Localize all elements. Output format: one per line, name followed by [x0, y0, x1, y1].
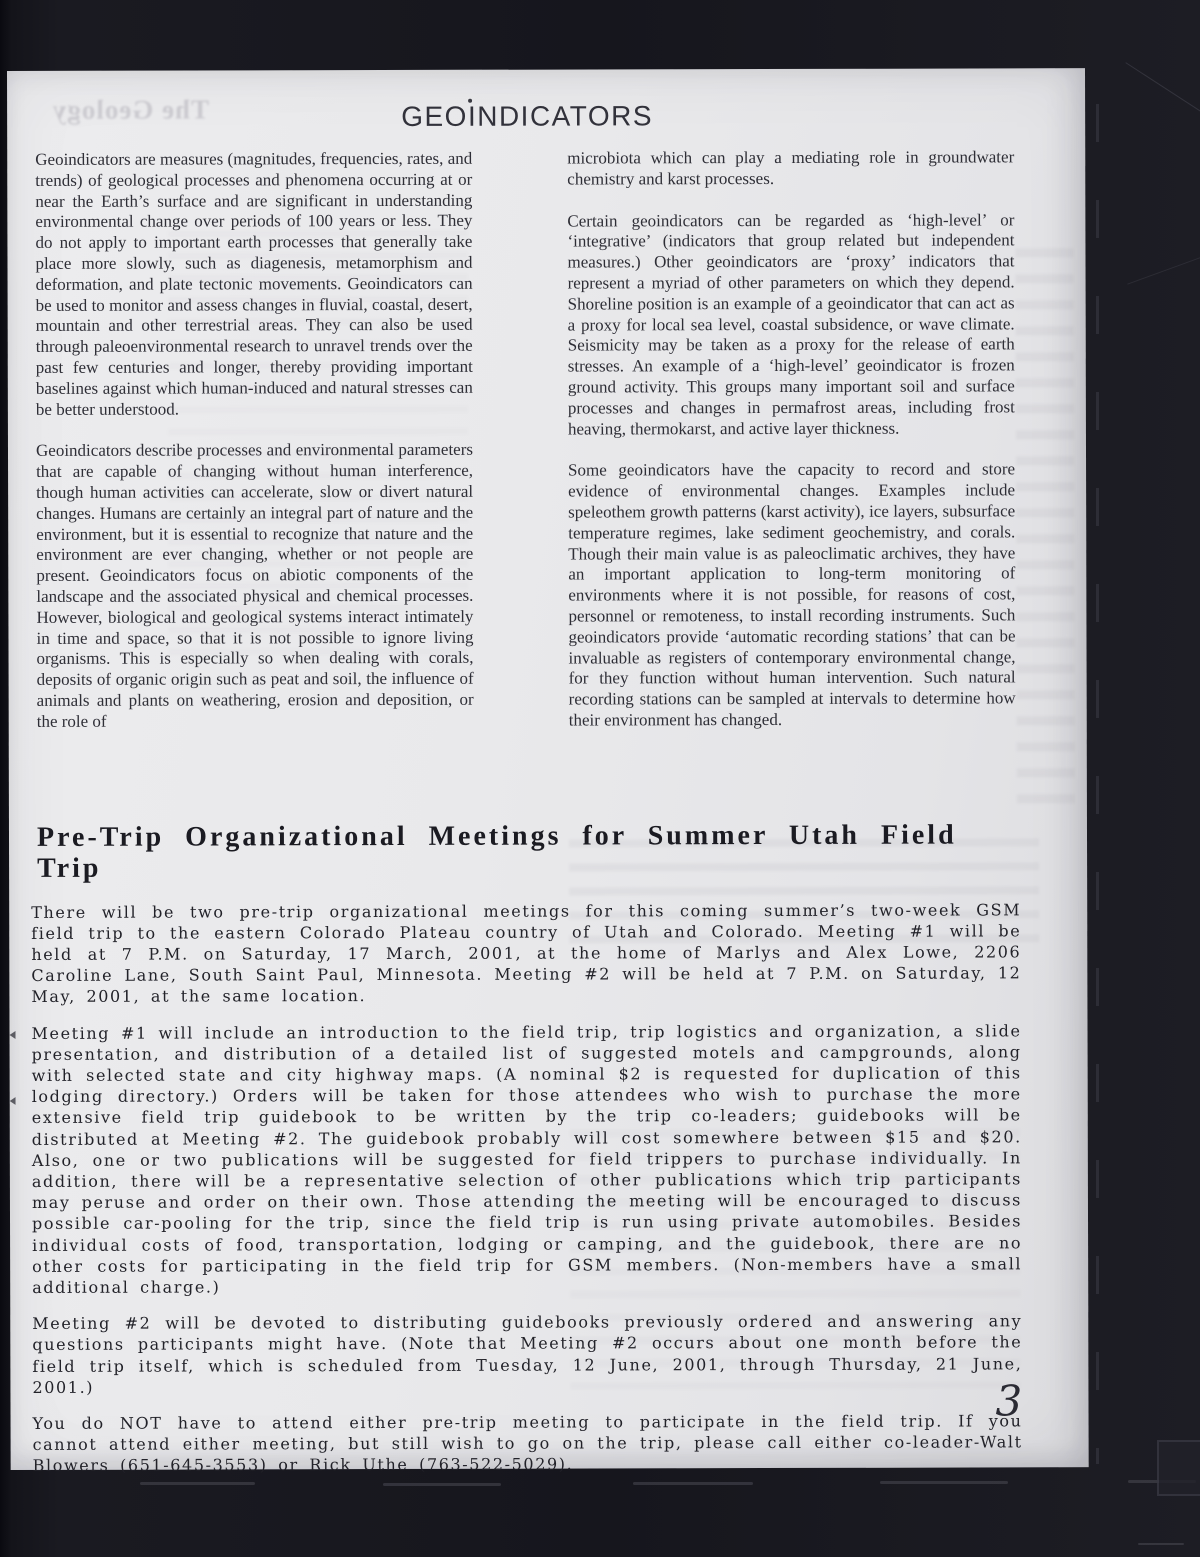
binding-hole-marks	[1096, 104, 1099, 1464]
binding-tab-artifact	[1157, 1440, 1200, 1496]
page-edge-reflection	[1138, 1543, 1184, 1545]
article-paragraph: Geoindicators describe processes and env…	[36, 440, 474, 732]
article-left-column: Geoindicators are measures (magnitudes, …	[35, 149, 474, 754]
title-dotted-i-dot	[468, 99, 472, 103]
paper-page: The Geology GEOINDICATORS Geoindicators …	[7, 68, 1089, 1470]
article-paragraph: microbiota which can play a mediating ro…	[567, 147, 1014, 190]
section-paragraph: You do NOT have to attend either pre-tri…	[33, 1410, 1023, 1476]
announcement-section: Pre-Trip Organizational Meetings for Sum…	[31, 820, 1023, 1491]
margin-tick-artifact	[10, 1031, 16, 1039]
article-paragraph: Some geoindicators have the capacity to …	[568, 460, 1016, 732]
section-paragraph: There will be two pre-trip organizationa…	[31, 899, 1021, 1008]
page-edge-reflection	[880, 1481, 1008, 1484]
article-paragraph: Geoindicators are measures (magnitudes, …	[35, 149, 473, 421]
page-edge-reflection	[383, 1483, 501, 1486]
margin-tick-artifact	[10, 1097, 16, 1105]
page-number: 3	[995, 1376, 1022, 1425]
page-edge-reflection	[140, 1482, 255, 1485]
page-title: GEOINDICATORS	[7, 101, 1047, 132]
page-edge-reflection	[633, 1482, 753, 1485]
bleed-through-smudge	[1015, 248, 1074, 808]
article-paragraph: Certain geoindicators can be regarded as…	[567, 210, 1015, 440]
section-heading: Pre-Trip Organizational Meetings for Sum…	[37, 820, 1021, 884]
article-right-column: microbiota which can play a mediating ro…	[567, 147, 1016, 752]
section-paragraph: Meeting #2 will be devoted to distributi…	[32, 1311, 1022, 1398]
scratch-artifact	[1125, 62, 1200, 115]
scratch-artifact	[1127, 256, 1200, 284]
scanned-page-background: The Geology GEOINDICATORS Geoindicators …	[0, 0, 1200, 1557]
section-paragraph: Meeting #1 will include an introduction …	[31, 1020, 1022, 1298]
